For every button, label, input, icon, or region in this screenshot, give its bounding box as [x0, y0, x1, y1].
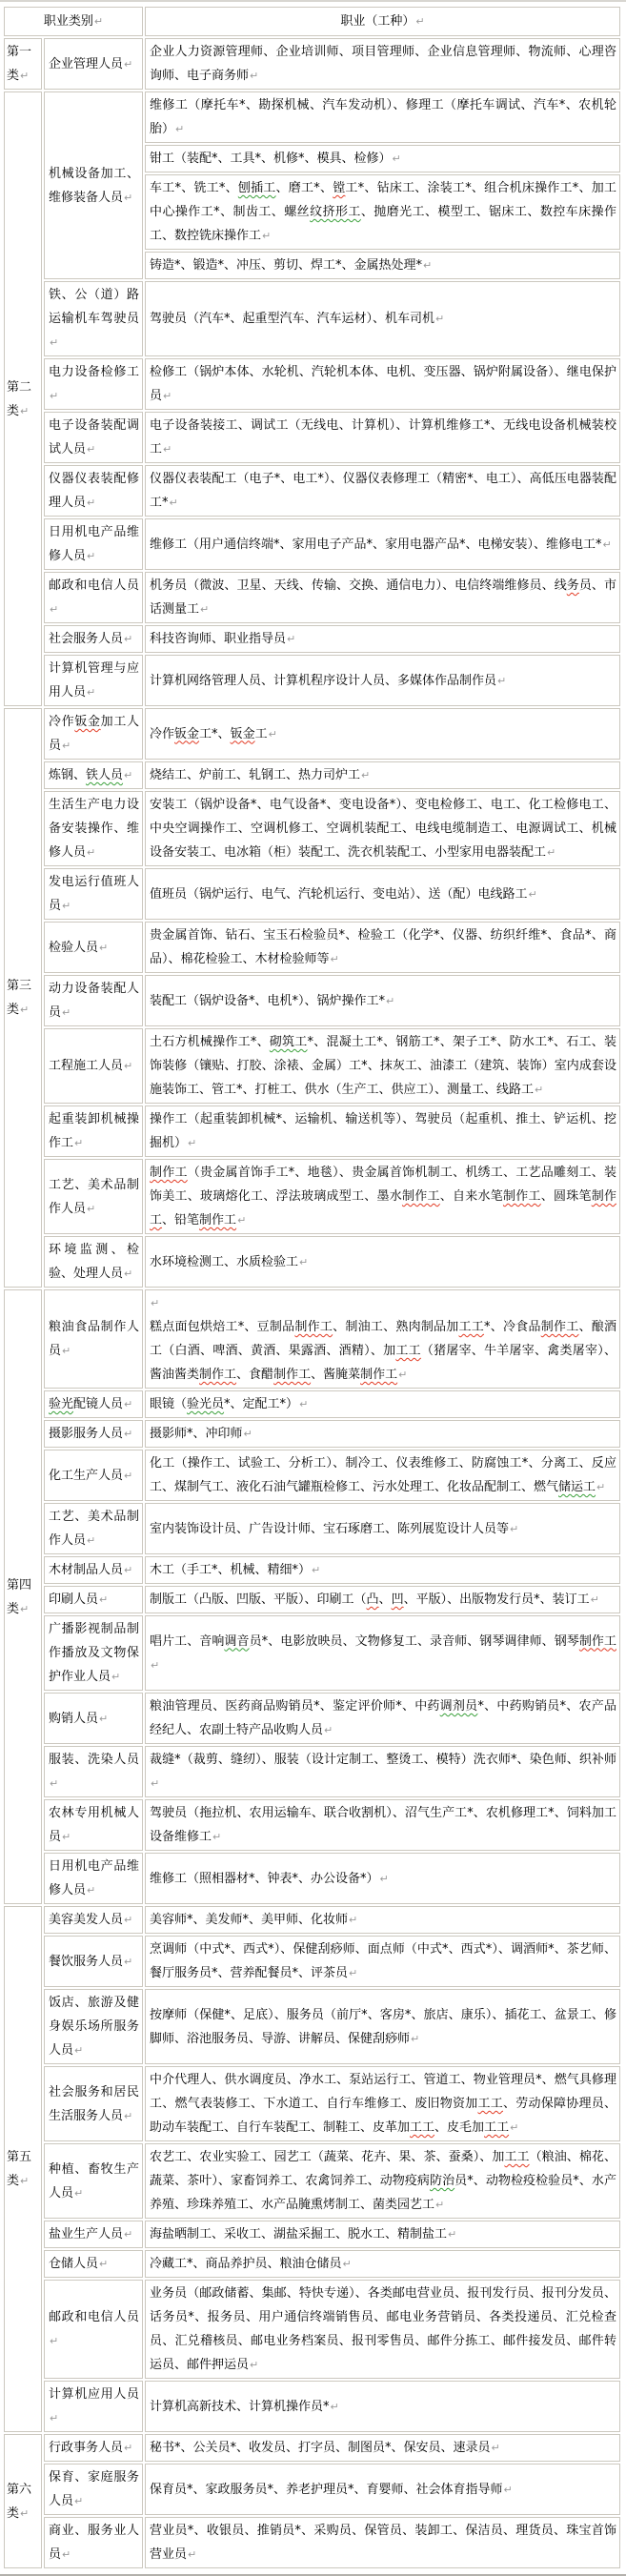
cell-text: 仪器仪表装配工（电子*、电工*）、仪器仪表修理工（精密*、电工）、高低压电器装配… [150, 472, 616, 510]
spellcheck-marked-text: 制作工 [294, 1320, 333, 1334]
paragraph-mark: ↵ [151, 1297, 159, 1309]
paragraph-mark: ↵ [124, 1470, 132, 1482]
paragraph-mark: ↵ [603, 538, 612, 551]
category-cell: 铁、公（道）路运输机车驾驶员↵ [44, 281, 143, 356]
cell-text: 仓储人员 [49, 2257, 98, 2271]
category-cell: 饭店、旅游及健身娱乐场所服务人员↵ [44, 1989, 143, 2064]
paragraph-mark: ↵ [74, 1137, 83, 1149]
paragraph-mark: ↵ [331, 953, 339, 965]
table-row: 保育、家庭服务人员↵保育员*、家政服务员*、养老护理员*、育婴师、社会体育指导师… [4, 2464, 620, 2515]
paragraph-mark: ↵ [343, 2258, 352, 2270]
job-cell: 贵金属首饰、钻石、宝玉石检验员*、检验工（化学*、仪器、纺织纤维*、食品*、商品… [145, 922, 620, 973]
category-cell: 日用机电产品维修人员↵ [44, 518, 143, 570]
category-cell: 日用机电产品维修人员↵ [44, 1853, 143, 1904]
paragraph-mark: ↵ [398, 1369, 407, 1381]
cell-text: 饭店、旅游及健身娱乐场所服务人员 [49, 1996, 139, 2058]
table-row: 社会服务和居民生活服务人员↵中介代理人、供水调度员、净水工、泵站运行工、管道工、… [4, 2066, 620, 2141]
paragraph-mark: ↵ [87, 1534, 95, 1547]
paragraph-mark: ↵ [124, 2442, 132, 2454]
paragraph-mark: ↵ [87, 846, 95, 859]
cell-text: 计算机高新技术、计算机操作员* [150, 2400, 330, 2414]
table-row: 第四类↵粮油食品制作人员↵↵糕点面包烘焙工*、豆制品制作工、制油工、熟肉制品加工… [4, 1289, 620, 1389]
paragraph-mark: ↵ [415, 15, 424, 28]
table-row: 种植、畜牧生产人员↵农艺工、农业实验工、园艺工（蔬菜、花卉、果、茶、蚕桑）、加工… [4, 2143, 620, 2219]
paragraph-mark: ↵ [62, 2548, 71, 2561]
spellcheck-marked-text: 调音 [224, 1634, 249, 1649]
category-cell: 电力设备检修工↵ [44, 358, 143, 410]
paragraph-mark: ↵ [124, 2110, 132, 2122]
paragraph-mark: ↵ [529, 888, 537, 901]
paragraph-mark: ↵ [50, 336, 58, 349]
job-cell: 化工（操作工、试验工、分析工）、制冷工、仪表维修工、防腐蚀工*、分离工、反应工、… [145, 1450, 620, 1501]
spellcheck-marked-text: 调剂员 [440, 1699, 478, 1714]
group-label-cell: 第六类↵ [4, 2434, 42, 2568]
paragraph-mark: ↵ [349, 1967, 357, 1979]
job-cell: 维修工（摩托车*、勘探机械、汽车发动机）、修理工（摩托车调试、汽车*、农机轮胎）… [145, 91, 620, 143]
cell-text: 盐业生产人员 [49, 2227, 123, 2241]
category-cell: 工艺、美术品制作人员↵ [44, 1159, 143, 1234]
category-cell: 环境监测、检验、处理人员↵ [44, 1236, 143, 1288]
table-row: 社会服务人员↵科技咨询师、职业指导员↵ [4, 625, 620, 653]
job-cell: 按摩师（保健*、足底）、服务员（前厅*、客房*、旅店、康乐）、插花工、盆景工、修… [145, 1989, 620, 2064]
cell-text: 、自来水笔 [440, 1189, 503, 1204]
paragraph-mark: ↵ [411, 2033, 419, 2045]
job-cell: 冷作钣金工*、钣金工↵ [145, 708, 620, 760]
spellcheck-marked-text: 制作工 [199, 1213, 236, 1227]
job-cell: 裁缝*（裁剪、缝纫）、服装（设计定制工、整烫工、模特）洗衣师*、染色师、织补师↵ [145, 1746, 620, 1797]
paragraph-mark: ↵ [361, 769, 370, 781]
cell-text: 工*、 [199, 727, 231, 741]
table-row: 仪器仪表装配修理人员↵仪器仪表装配工（电子*、电工*）、仪器仪表修理工（精密*、… [4, 465, 620, 517]
occupation-table: 职业类别↵ 职业（工种）↵ 第一类↵企业管理人员↵企业人力资源管理师、企业培训师… [2, 5, 622, 2570]
paragraph-mark: ↵ [50, 2335, 58, 2347]
paragraph-mark: ↵ [393, 152, 401, 165]
table-row: 计算机应用人员↵计算机高新技术、计算机操作员*↵ [4, 2381, 620, 2432]
category-cell: 农林专用机械人员↵ [44, 1799, 143, 1851]
paragraph-mark: ↵ [188, 2548, 196, 2561]
job-cell: 电子设备装接工、调试工（无线电、计算机）、计算机维修工*、无线电设备机械装校工↵ [145, 412, 620, 463]
category-cell: 保育、家庭服务人员↵ [44, 2464, 143, 2515]
cell-text: 检验人员 [49, 941, 98, 955]
paragraph-mark: ↵ [269, 728, 277, 740]
group-label-cell: 第四类↵ [4, 1289, 42, 1904]
paragraph-mark: ↵ [74, 2187, 83, 2200]
category-cell: 邮政和电信人员↵ [44, 572, 143, 623]
cell-text: 餐饮服务人员 [49, 1955, 123, 1969]
category-cell: 冷作钣金加工人员↵ [44, 708, 143, 760]
paragraph-mark: ↵ [99, 942, 108, 954]
cell-text: 操作工（起重装卸机械*、运输机、输送机等）、驾驶员（起重机、推土、铲运机、挖掘机… [150, 1112, 616, 1150]
cell-text: 邮政和电信人员 [49, 578, 139, 593]
paragraph-mark: ↵ [349, 1914, 357, 1926]
cell-text: 值班员（锅炉运行、电气、汽轮机运行、变电站）、送（配）电线路工 [150, 887, 528, 902]
paragraph-mark: ↵ [331, 2401, 339, 2413]
job-cell: 维修工（用户通信终端*、家用电子产品*、家用电器产品*、电梯安装）、维修电工*↵ [145, 518, 620, 570]
spellcheck-marked-text: 凹 [392, 1592, 404, 1607]
paragraph-mark: ↵ [497, 675, 506, 687]
header-category-label: 职业类别 [44, 14, 93, 29]
cell-text: 贵金属首饰、钻石、宝玉石检验员*、检验工（化学*、仪器、纺织纤维*、食品*、商品… [150, 928, 616, 966]
spellcheck-marked-text: 验光 [49, 1397, 73, 1411]
job-cell: 驾驶员（拖拉机、农用运输车、联合收割机）、沼气生产工*、农机修理工*、饲料加工设… [145, 1799, 620, 1851]
paragraph-mark: ↵ [151, 1777, 159, 1790]
job-cell: 室内装饰设计员、广告设计师、宝石琢磨工、陈列展览设计人员等↵ [145, 1503, 620, 1554]
cell-text: 维修工（照相器材*、钟表*、办公设备*） [150, 1872, 379, 1886]
paragraph-mark: ↵ [237, 1214, 246, 1227]
cell-text: 购销人员 [49, 1712, 98, 1726]
paragraph-mark: ↵ [62, 900, 71, 912]
job-cell: 装配工（锅炉设备*、电机*）、锅炉操作工*↵ [145, 975, 620, 1026]
cell-text: 钳工（装配*、工具*、机修*、模具、检修） [150, 152, 392, 166]
job-cell: 维修工（照相器材*、钟表*、办公设备*）↵ [145, 1853, 620, 1904]
paragraph-mark: ↵ [111, 1671, 120, 1683]
paragraph-mark: ↵ [510, 2121, 518, 2134]
cell-text: 工程施工人员 [49, 1059, 123, 1073]
spellcheck-marked-text: 工工 [504, 2150, 529, 2164]
table-row: 服装、洗染人员↵裁缝*（裁剪、缝纫）、服装（设计定制工、整烫工、模特）洗衣师*、… [4, 1746, 620, 1797]
paragraph-mark: ↵ [386, 995, 394, 1007]
cell-text: 化工（操作工、试验工、分析工）、制冷工、仪表维修工、防腐蚀工*、分离工、反应工、… [150, 1456, 616, 1494]
paragraph-mark: ↵ [87, 686, 95, 699]
paragraph-mark: ↵ [50, 2412, 58, 2424]
table-row: 验光配镜人员↵眼镜（验光员*、定配工*）↵ [4, 1390, 620, 1418]
paragraph-mark: ↵ [324, 1724, 333, 1736]
cell-text: 、圆珠笔 [541, 1189, 592, 1204]
cell-text: 木工（手工*、机械、精细*） [150, 1563, 311, 1577]
paragraph-mark: ↵ [312, 1564, 320, 1576]
category-cell: 粮油食品制作人员↵ [44, 1289, 143, 1389]
paragraph-mark: ↵ [87, 550, 95, 562]
table-row: 仓储人员↵冷藏工*、商品养护员、粮油仓储员↵ [4, 2250, 620, 2278]
cell-text: 冷作 [150, 727, 174, 741]
paragraph-mark: ↵ [124, 2228, 132, 2241]
job-cell: 美容师*、美发师*、美甲师、化妆师↵ [145, 1906, 620, 1934]
paragraph-mark: ↵ [124, 192, 132, 204]
spellcheck-marked-text: 钣金 [174, 727, 199, 741]
spellcheck-marked-text: 制作工 [402, 1189, 440, 1204]
paragraph-mark: ↵ [74, 2044, 83, 2057]
cell-text: 摄影服务人员 [49, 1427, 123, 1441]
paragraph-mark: ↵ [250, 2359, 258, 2371]
table-row: 饭店、旅游及健身娱乐场所服务人员↵按摩师（保健*、足底）、服务员（前厅*、客房*… [4, 1989, 620, 2064]
cell-text: 烹调师（中式*、西式*）、保健刮痧师、面点师（中式*、西式*）、调酒师*、茶艺师… [150, 1942, 616, 1980]
category-cell: 广播影视制品制作播放及文物保护作业人员↵ [44, 1615, 143, 1691]
spellcheck-marked-text: 制作工 [579, 1634, 616, 1649]
cell-text: 冷藏工*、商品养护员、粮油仓储员 [150, 2257, 342, 2271]
cell-text: 冷作 [49, 715, 74, 729]
spellcheck-marked-text: 钣金 [231, 727, 255, 741]
table-row: 环境监测、检验、处理人员↵水环境检测工、水质检验工↵ [4, 1236, 620, 1288]
job-cell: 机务员（微波、卫星、天线、传输、交换、通信电力）、电信终端维修员、线务员、市话测… [145, 572, 620, 623]
table-row: 检验人员↵贵金属首饰、钻石、宝玉石检验员*、检验工（化学*、仪器、纺织纤维*、食… [4, 922, 620, 973]
paragraph-mark: ↵ [535, 1084, 543, 1096]
job-cell: 铸造*、锻造*、冲压、剪切、焊工*、金属热处理*↵ [145, 252, 620, 279]
table-row: 第三类↵冷作钣金加工人员↵冷作钣金工*、钣金工↵ [4, 708, 620, 760]
cell-text: 员*、电影放映员、文物修复工、录音师、钢琴调律师、钢琴 [250, 1634, 579, 1649]
spellcheck-marked-text: 工工 [395, 1344, 420, 1358]
job-cell: 钳工（装配*、工具*、机修*、模具、检修）↵ [145, 145, 620, 172]
cell-text: 美容美发人员 [49, 1913, 123, 1927]
cell-text: 、平版）、出版物发行员*、装订工 [404, 1592, 590, 1607]
job-cell: 木工（手工*、机械、精细*）↵ [145, 1556, 620, 1584]
paragraph-mark: ↵ [62, 740, 71, 752]
table-row: 铁、公（道）路运输机车驾驶员↵驾驶员（汽车*、起重型汽车、汽车运材）、机车司机↵ [4, 281, 620, 356]
paragraph-mark: ↵ [492, 2442, 500, 2454]
paragraph-mark: ↵ [50, 603, 58, 616]
cell-text: 车工*、铣工*、 [150, 181, 238, 195]
paragraph-mark: ↵ [163, 443, 172, 456]
paragraph-mark: ↵ [151, 1659, 159, 1672]
cell-text: 保育员*、家政服务员*、养老护理员*、育婴师、社会体育指导师 [150, 2483, 503, 2497]
paragraph-mark: ↵ [435, 313, 444, 325]
category-cell: 动力设备装配人员↵ [44, 975, 143, 1026]
job-cell: ↵糕点面包烘焙工*、豆制品制作工、制油工、熟肉制品加工工*、冷食品制作工、酿酒工… [145, 1289, 620, 1389]
job-cell: 车工*、铣工*、刨插工、磨工*、镗工*、钻床工、涂装工*、组合机床操作工*、加工… [145, 174, 620, 250]
paragraph-mark: ↵ [62, 1345, 71, 1357]
job-cell: 秘书*、公关员*、收发员、打字员、制图员*、保安员、速录员↵ [145, 2434, 620, 2462]
paragraph-mark: ↵ [124, 769, 132, 781]
cell-text: 唱片工、音响 [150, 1634, 224, 1649]
category-cell: 炼钢、铁人员↵ [44, 761, 143, 789]
category-cell: 美容美发人员↵ [44, 1906, 143, 1934]
table-row: 第一类↵企业管理人员↵企业人力资源管理师、企业培训师、项目管理师、企业信息管理师… [4, 38, 620, 90]
category-cell: 社会服务人员↵ [44, 625, 143, 653]
cell-text: 、 [379, 1592, 392, 1607]
paragraph-mark: ↵ [250, 70, 258, 82]
cell-text: 眼镜（ [150, 1397, 187, 1411]
cell-text: 铁、公（道）路运输机车驾驶员 [49, 288, 139, 326]
table-row: 日用机电产品维修人员↵维修工（用户通信终端*、家用电子产品*、家用电器产品*、电… [4, 518, 620, 570]
occupation-table-body: 职业类别↵ 职业（工种）↵ 第一类↵企业管理人员↵企业人力资源管理师、企业培训师… [4, 7, 620, 2568]
table-row: 计算机管理与应用人员↵计算机网络管理人员、计算机程序设计人员、多媒体作品制作员↵ [4, 655, 620, 706]
paragraph-mark: ↵ [20, 70, 29, 82]
cell-text: 计算机应用人员 [49, 2387, 139, 2402]
job-cell: 计算机网络管理人员、计算机程序设计人员、多媒体作品制作员↵ [145, 655, 620, 706]
cell-text: 邮政和电信人员 [49, 2310, 139, 2324]
paragraph-mark: ↵ [124, 58, 132, 71]
table-row: 第五类↵美容美发人员↵美容师*、美发师*、美甲师、化妆师↵ [4, 1906, 620, 1934]
spellcheck-marked-text: 铁人员 [86, 768, 123, 782]
spellcheck-marked-text: 务 [567, 578, 579, 593]
job-cell: 水环境检测工、水质检验工↵ [145, 1236, 620, 1288]
table-row: 购销人员↵粮油管理员、医药商品购销员*、鉴定评价师*、中药调剂员*、中药购销员*… [4, 1693, 620, 1744]
paragraph-mark: ↵ [124, 1914, 132, 1926]
spellcheck-marked-text: 刨插工 [238, 181, 276, 195]
header-row: 职业类别↵ 职业（工种）↵ [4, 7, 620, 36]
category-cell: 验光配镜人员↵ [44, 1390, 143, 1418]
cell-text: 业务员（邮政储蓄、集邮、特快专递）、各类邮电营业员、报刊发行员、报刊分发员、话务… [150, 2286, 616, 2372]
job-cell: 粮油管理员、医药商品购销员*、鉴定评价师*、中药调剂员*、中药购销员*、农产品经… [145, 1693, 620, 1744]
paragraph-mark: ↵ [510, 1523, 518, 1535]
cell-text: 检修工（锅炉本体、水轮机、汽轮机本体、电机、变压器、锅炉附属设备）、继电保护员 [150, 365, 616, 403]
spellcheck-marked-text: 制作工 [360, 1368, 397, 1382]
job-cell: 检修工（锅炉本体、水轮机、汽轮机本体、电机、变压器、锅炉附属设备）、继电保护员↵ [145, 358, 620, 410]
header-job-column: 职业（工种）↵ [145, 7, 620, 36]
table-row: 商业、服务业人员↵营业员*、收银员、推销员*、采购员、保管员、装卸工、保洁员、理… [4, 2517, 620, 2568]
cell-text: *、冷食品 [484, 1320, 541, 1334]
table-row: 第二类↵机械设备加工、维修装备人员↵维修工（摩托车*、勘探机械、汽车发动机）、修… [4, 91, 620, 143]
category-cell: 检验人员↵ [44, 922, 143, 973]
spellcheck-marked-text: 镗 [333, 181, 345, 195]
cell-text: 美容师*、美发师*、美甲师、化妆师 [150, 1913, 348, 1927]
category-cell: 社会服务和居民生活服务人员↵ [44, 2066, 143, 2141]
paragraph-mark: ↵ [188, 1137, 196, 1149]
cell-text: 摄影师*、冲印师 [150, 1427, 243, 1441]
spellcheck-marked-text: 工工 [477, 2097, 503, 2111]
table-row: 摄影服务人员↵摄影师*、冲印师↵ [4, 1420, 620, 1448]
job-cell: 保育员*、家政服务员*、养老护理员*、育婴师、社会体育指导师↵ [145, 2464, 620, 2515]
paragraph-mark: ↵ [124, 633, 132, 645]
paragraph-mark: ↵ [299, 1256, 308, 1268]
job-cell: 营业员*、收银员、推销员*、采购员、保管员、装卸工、保洁员、理货员、珠宝首饰营业… [145, 2517, 620, 2568]
table-row: 电子设备装配调试人员↵电子设备装接工、调试工（无线电、计算机）、计算机维修工*、… [4, 412, 620, 463]
paragraph-mark: ↵ [87, 1203, 95, 1215]
cell-text: 起重装卸机械操作工 [49, 1112, 139, 1150]
job-cell: 土石方机械操作工*、砌筑工*、混凝土工*、钢筋工*、架子工*、防水工*、石工、装… [145, 1028, 620, 1104]
spellcheck-marked-text: 凸 [367, 1592, 379, 1607]
job-cell: 仪器仪表装配工（电子*、电工*）、仪器仪表修理工（精密*、电工）、高低压电器装配… [145, 465, 620, 517]
category-cell: 生活生产电力设备安装操作、维修人员↵ [44, 791, 143, 866]
table-row: 第六类↵行政事务人员↵秘书*、公关员*、收发员、打字员、制图员*、保安员、速录员… [4, 2434, 620, 2462]
cell-text: 土石方机械操作工*、 [150, 1035, 270, 1049]
cell-text: 粮油管理员、医药商品购销员*、鉴定评价师*、中药 [150, 1699, 440, 1714]
paragraph-mark: ↵ [287, 633, 295, 645]
top-divider [0, 0, 626, 2]
cell-text: 按摩师（保健*、足底）、服务员（前厅*、客房*、旅店、康乐）、插花工、盆景工、修… [150, 2008, 616, 2046]
paragraph-mark: ↵ [20, 1004, 29, 1016]
spellcheck-marked-text: 砌筑工 [270, 1035, 308, 1049]
header-job-label: 职业（工种） [340, 14, 414, 29]
job-cell: 海盐晒制工、采收工、湖盐采掘工、脱水工、精制盐工↵ [145, 2221, 620, 2248]
spellcheck-marked-text: 纹挤形工 [310, 205, 361, 219]
table-row: 印刷人员↵制版工（凸版、凹版、平版）、印刷工（凸、凹、平版）、出版物发行员*、装… [4, 1586, 620, 1613]
job-cell: 眼镜（验光员*、定配工*）↵ [145, 1390, 620, 1418]
cell-text: 裁缝*（裁剪、缝纫）、服装（设计定制工、整烫工、模特）洗衣师*、染色师、织补师 [150, 1753, 616, 1767]
category-cell: 机械设备加工、维修装备人员↵ [44, 91, 143, 279]
paragraph-mark: ↵ [200, 603, 209, 616]
cell-text: 装配工（锅炉设备*、电机*）、锅炉操作工* [150, 994, 385, 1008]
cell-text: 秘书*、公关员*、收发员、打字员、制图员*、保安员、速录员 [150, 2441, 491, 2455]
cell-text: 保育、家庭服务人员 [49, 2470, 139, 2508]
job-cell: 烧结工、炉前工、轧钢工、热力司炉工↵ [145, 761, 620, 789]
category-cell: 种植、畜牧生产人员↵ [44, 2143, 143, 2219]
job-cell: 业务员（邮政储蓄、集邮、特快专递）、各类邮电营业员、报刊发行员、报刊分发员、话务… [145, 2280, 620, 2379]
category-cell: 仪器仪表装配修理人员↵ [44, 465, 143, 517]
cell-text: 维修工（用户通信终端*、家用电子产品*、家用电器产品*、电梯安装）、维修电工* [150, 538, 602, 552]
paragraph-mark: ↵ [124, 1428, 132, 1440]
category-cell: 购销人员↵ [44, 1693, 143, 1744]
cell-text: 驾驶员（汽车*、起重型汽车、汽车运材）、机车司机 [150, 312, 434, 326]
job-cell: 中介代理人、供水调度员、净水工、泵站运行工、管道工、物业管理员*、燃气具修理工、… [145, 2066, 620, 2141]
table-row: 电力设备检修工↵检修工（锅炉本体、水轮机、汽轮机本体、电机、变压器、锅炉附属设备… [4, 358, 620, 410]
cell-text: 木材制品人员 [49, 1563, 123, 1577]
cell-text: 社会服务人员 [49, 632, 123, 646]
cell-text: 糕点面包烘焙工*、豆制品 [150, 1320, 294, 1334]
paragraph-mark: ↵ [124, 1956, 132, 1968]
group-label-cell: 第五类↵ [4, 1906, 42, 2432]
cell-text: 烧结工、炉前工、轧钢工、热力司炉工 [150, 768, 360, 782]
cell-text: 、皮毛加 [434, 2120, 484, 2135]
cell-text: *、定配工*） [224, 1397, 298, 1411]
paragraph-mark: ↵ [20, 405, 29, 417]
cell-text: 工 [255, 727, 268, 741]
table-row: 起重装卸机械操作工↵操作工（起重装卸机械*、运输机、输送机等）、驾驶员（起重机、… [4, 1105, 620, 1157]
job-cell: 计算机高新技术、计算机操作员*↵ [145, 2381, 620, 2432]
table-row: 化工生产人员↵化工（操作工、试验工、分析工）、制冷工、仪表维修工、防腐蚀工*、分… [4, 1450, 620, 1501]
cell-text: 水环境检测工、水质检验工 [150, 1255, 298, 1269]
paragraph-mark: ↵ [596, 1481, 605, 1493]
paragraph-mark: ↵ [212, 1831, 221, 1843]
spellcheck-marked-text: 制作工 [199, 1368, 236, 1382]
cell-text: 、磨工*、 [276, 181, 333, 195]
job-cell: 驾驶员（汽车*、起重型汽车、汽车运材）、机车司机↵ [145, 281, 620, 356]
category-cell: 工程施工人员↵ [44, 1028, 143, 1104]
group-label-cell: 第三类↵ [4, 708, 42, 1288]
cell-text: 印刷人员 [49, 1592, 98, 1607]
paragraph-mark: ↵ [547, 846, 555, 859]
cell-text: 广播影视制品制作播放及文物保护作业人员 [49, 1622, 139, 1684]
category-cell: 起重装卸机械操作工↵ [44, 1105, 143, 1157]
category-cell: 摄影服务人员↵ [44, 1420, 143, 1448]
spellcheck-marked-text: 制作工 [150, 1166, 188, 1180]
empty-paragraph-line: ↵ [150, 1291, 616, 1315]
job-cell: 摄影师*、冲印师↵ [145, 1420, 620, 1448]
category-cell: 商业、服务业人员↵ [44, 2517, 143, 2568]
category-cell: 工艺、美术品制作人员↵ [44, 1503, 143, 1554]
paragraph-mark: ↵ [87, 1884, 95, 1897]
paragraph-mark: ↵ [435, 2199, 444, 2211]
cell-text: 铸造*、锻造*、冲压、剪切、焊工*、金属热处理* [150, 258, 422, 273]
job-cell: 值班员（锅炉运行、电气、汽轮机运行、变电站）、送（配）电线路工↵ [145, 868, 620, 920]
spellcheck-marked-text: 验光员 [187, 1397, 224, 1411]
table-row: 工程施工人员↵土石方机械操作工*、砌筑工*、混凝土工*、钢筋工*、架子工*、防水… [4, 1028, 620, 1104]
category-cell: 印刷人员↵ [44, 1586, 143, 1613]
job-cell: 农艺工、农业实验工、园艺工（蔬菜、花卉、果、茶、蚕桑）、加工工（粮油、棉花、蔬菜… [145, 2143, 620, 2219]
category-cell: 计算机应用人员↵ [44, 2381, 143, 2432]
category-cell: 盐业生产人员↵ [44, 2221, 143, 2248]
paragraph-mark: ↵ [175, 123, 184, 135]
cell-text: 行政事务人员 [49, 2441, 123, 2455]
cell-text: 计算机网络管理人员、计算机程序设计人员、多媒体作品制作员 [150, 674, 496, 688]
table-row: 生活生产电力设备安装操作、维修人员↵安装工（锅炉设备*、电气设备*、变电设备*）… [4, 791, 620, 866]
table-row: 广播影视制品制作播放及文物保护作业人员↵唱片工、音响调音员*、电影放映员、文物修… [4, 1615, 620, 1691]
spellcheck-marked-text: 储运工 [558, 1480, 596, 1494]
cell-text: 维修工（摩托车*、勘探机械、汽车发动机）、修理工（摩托车调试、汽车*、农机轮胎） [150, 98, 616, 136]
spellcheck-marked-text: 工工 [484, 2120, 509, 2135]
spellcheck-marked-text: 工工 [459, 1320, 484, 1334]
paragraph-mark: ↵ [448, 2228, 456, 2241]
spellcheck-marked-text: 工工 [410, 2120, 434, 2135]
cell-text: 室内装饰设计员、广告设计师、宝石琢磨工、陈列展览设计人员等 [150, 1522, 509, 1536]
paragraph-mark: ↵ [74, 2495, 83, 2507]
job-cell: 制版工（凸版、凹版、平版）、印刷工（凸、凹、平版）、出版物发行员*、装订工↵ [145, 1586, 620, 1613]
paragraph-mark: ↵ [244, 1428, 252, 1440]
table-row: 日用机电产品维修人员↵维修工（照相器材*、钟表*、办公设备*）↵ [4, 1853, 620, 1904]
job-cell: 科技咨询师、职业指导员↵ [145, 625, 620, 653]
cell-text: 、酱腌菜 [311, 1368, 360, 1382]
paragraph-mark: ↵ [62, 1831, 71, 1843]
spellcheck-marked-text: 钣金 [74, 715, 100, 729]
paragraph-mark: ↵ [20, 1603, 29, 1615]
paragraph-mark: ↵ [20, 2507, 29, 2520]
table-row: 木材制品人员↵木工（手工*、机械、精细*）↵ [4, 1556, 620, 1584]
paragraph-mark: ↵ [87, 443, 95, 456]
job-cell: 烹调师（中式*、西式*）、保健刮痧师、面点师（中式*、西式*）、调酒师*、茶艺师… [145, 1936, 620, 1987]
paragraph-mark: ↵ [99, 2258, 108, 2270]
category-cell: 企业管理人员↵ [44, 38, 143, 90]
category-cell: 服装、洗染人员↵ [44, 1746, 143, 1797]
cell-text: 企业人力资源管理师、企业培训师、项目管理师、企业信息管理师、物流师、心理咨询师、… [150, 45, 616, 83]
